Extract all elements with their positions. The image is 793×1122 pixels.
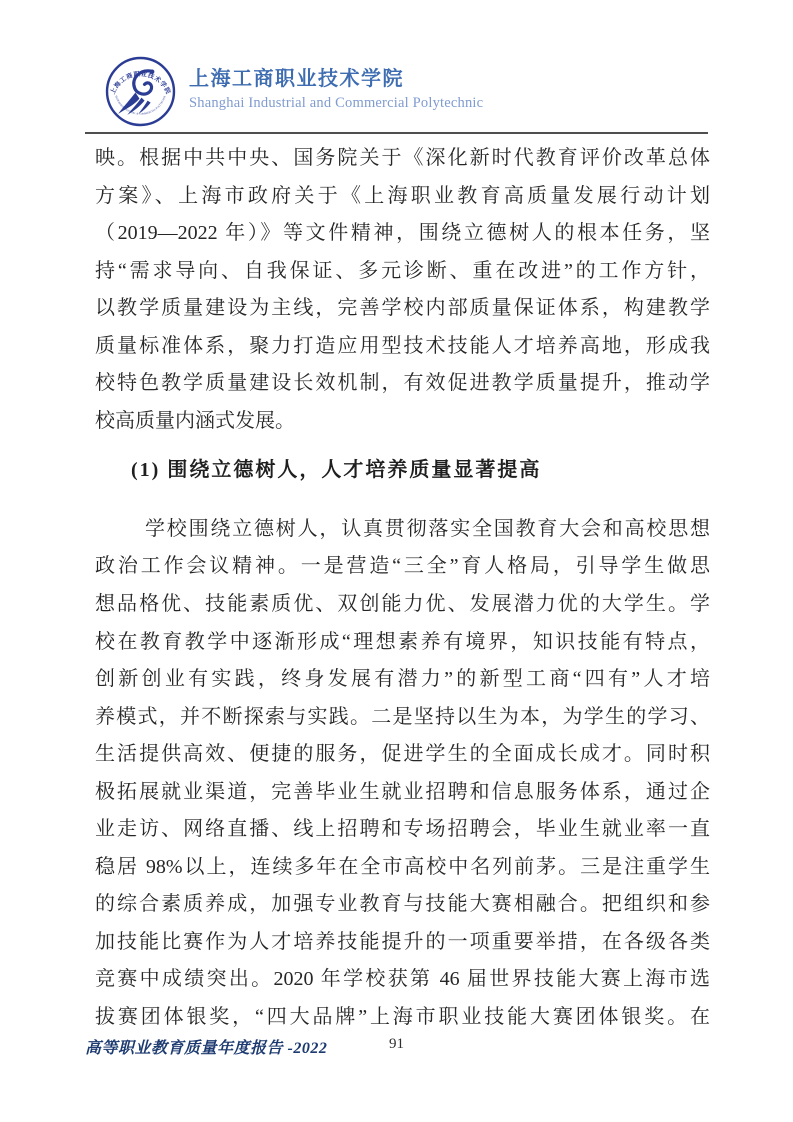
- text-line: 养模式，并不断探索与实践。二是坚持以生为本，为学生的学习、: [95, 699, 710, 737]
- text-line: 稳居 98%以上，连续多年在全市高校中名列前茅。三是注重学生: [95, 849, 710, 887]
- text-line: 业走访、网络直播、线上招聘和专场招聘会，毕业生就业率一直: [95, 811, 710, 849]
- text-line: 映。根据中共中央、国务院关于《深化新时代教育评价改革总体: [95, 140, 710, 178]
- text-line: 持“需求导向、自我保证、多元诊断、重在改进”的工作方针，: [95, 253, 710, 291]
- text-line: 极拓展就业渠道，完善毕业生就业招聘和信息服务体系，通过企: [95, 774, 710, 812]
- text-line: 拔赛团体银奖，“四大品牌”上海市职业技能大赛团体银奖。在: [95, 999, 710, 1037]
- text-line: 学校围绕立德树人，认真贯彻落实全国教育大会和高校思想: [95, 511, 710, 549]
- text-line: 的综合素质养成，加强专业教育与技能大赛相融合。把组织和参: [95, 886, 710, 924]
- school-logo-icon: 上海工商职业技术学院 SHANGHAI INDUSTRIAL & COMMERC…: [105, 56, 176, 127]
- page-header: 上海工商职业技术学院 SHANGHAI INDUSTRIAL & COMMERC…: [105, 56, 483, 127]
- school-name-chinese: 上海工商职业技术学院: [189, 67, 483, 91]
- document-page: 上海工商职业技术学院 SHANGHAI INDUSTRIAL & COMMERC…: [0, 0, 793, 1122]
- section-heading: (1) 围绕立德树人，人才培养质量显著提高: [95, 452, 710, 490]
- text-line: 竞赛中成绩突出。2020 年学校获第 46 届世界技能大赛上海市选: [95, 961, 710, 999]
- text-line: （2019—2022 年）》等文件精神，围绕立德树人的根本任务，坚: [95, 215, 710, 253]
- text-line: 以教学质量建设为主线，完善学校内部质量保证体系，构建教学: [95, 290, 710, 328]
- paragraph-2: 学校围绕立德树人，认真贯彻落实全国教育大会和高校思想政治工作会议精神。一是营造“…: [95, 511, 710, 1037]
- text-line: 方案》、上海市政府关于《上海职业教育高质量发展行动计划: [95, 178, 710, 216]
- text-line: 生活提供高效、便捷的服务，促进学生的全面成长成才。同时积: [95, 736, 710, 774]
- text-line: 创新创业有实践，终身发展有潜力”的新型工商“四有”人才培: [95, 661, 710, 699]
- page-number: 91: [0, 1036, 793, 1053]
- school-name-english: Shanghai Industrial and Commercial Polyt…: [189, 93, 483, 113]
- header-divider: [85, 132, 708, 134]
- text-line: 校特色教学质量建设长效机制，有效促进教学质量提升，推动学: [95, 365, 710, 403]
- text-line: 质量标准体系，聚力打造应用型技术技能人才培养高地，形成我: [95, 328, 710, 366]
- text-line: 政治工作会议精神。一是营造“三全”育人格局，引导学生做思: [95, 548, 710, 586]
- text-line: 校在教育教学中逐渐形成“理想素养有境界，知识技能有特点，: [95, 624, 710, 662]
- text-line: 校高质量内涵式发展。: [95, 403, 710, 441]
- text-line: 加技能比赛作为人才培养技能提升的一项重要举措，在各级各类: [95, 924, 710, 962]
- text-line: 想品格优、技能素质优、双创能力优、发展潜力优的大学生。学: [95, 586, 710, 624]
- document-body: 映。根据中共中央、国务院关于《深化新时代教育评价改革总体方案》、上海市政府关于《…: [95, 140, 710, 1037]
- header-titles: 上海工商职业技术学院 Shanghai Industrial and Comme…: [189, 56, 483, 113]
- paragraph-1: 映。根据中共中央、国务院关于《深化新时代教育评价改革总体方案》、上海市政府关于《…: [95, 140, 710, 440]
